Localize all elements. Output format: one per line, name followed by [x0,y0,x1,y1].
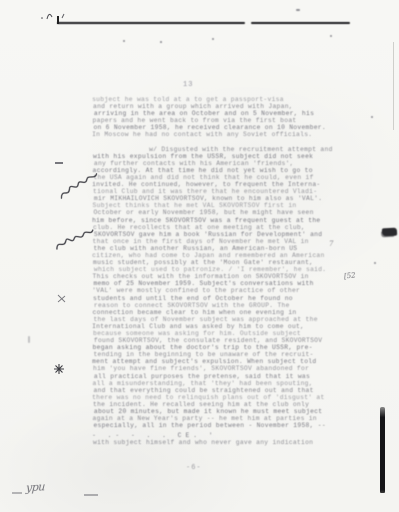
text-line: ment attempt and subject's expulsion. Wh… [92,358,368,365]
text-line: him before, since SKOVORTSOV was a frequ… [92,217,368,224]
text-line: reason to connect SKOVORTSOV with the GR… [94,302,370,309]
text-line: the USA again and did not think that he … [93,174,369,181]
text-line: him 'you have fine friends', SKOVORTSOV … [93,365,369,372]
text-line: with subject himself and who never gave … [93,439,369,446]
speck [28,336,30,343]
text-line: papers and he went back to from via the … [93,117,369,124]
text-line: any further contacts with his American '… [94,160,370,167]
text-line: found SKOVORTSOV, the consulate resident… [94,337,370,344]
text-line: connection became clear to him when one … [93,309,369,316]
margin-x-mark [56,293,68,305]
page-footer-number: -6- [186,464,202,472]
text-line: the incident. He recalled seeing him at … [93,401,369,408]
text-line: subject he was told at a to get a passpo… [92,96,368,103]
text-line: accordingly. At that time he did not yet… [93,167,369,174]
text-line: SKOVORTSOV gave him a book 'Russian for … [94,231,370,238]
text-line: all a misunderstanding, that 'they' had … [93,380,369,387]
text-line: citizen, who had come to Japan and remem… [92,252,368,259]
text-line: invited. He continued, however, to frequ… [92,181,368,188]
text-line: which subject used to patronize. / 'I re… [94,266,370,273]
text-line: about 20 minutes, but made it known he m… [94,408,370,415]
speck [123,40,125,42]
speck [160,41,162,43]
text-line: music student, possibly at the 'Moon Gat… [93,259,369,266]
text-line: mir MIKHAILOVICH SKOVORTSOV, known to hi… [94,195,370,202]
text-line: began asking about the doctor's trip to … [93,344,369,351]
text-line: there was no need to relinquish plans ou… [92,394,368,401]
text-line: International Club and was asked by him … [92,323,368,330]
text-line: In Moscow he had no contact with any Sov… [92,131,368,138]
text-line: w/ Disgusted with the recruitment attemp… [92,146,368,153]
scanned-document-page: 13 subject he was told at a to get a pas… [0,0,399,512]
margin-asterisk-mark [53,363,65,375]
text-line: 'VAL' were mostly confined to the practi… [92,287,368,294]
margin-dash-mark [55,162,63,164]
text-line: October or early November 1958, but he m… [93,209,369,216]
text-line: especially, all in the period between - … [93,422,369,429]
text-line: tending in the beginning to be unaware o… [93,351,369,358]
paragraph: - .- - . . CE. 'with subject himself and… [93,432,369,446]
text-line: and return with a group which arrived wi… [93,103,369,110]
text-line: with his expulsion from the USSR, subjec… [93,153,369,160]
document-text: subject he was told at a to get a passpo… [93,96,369,454]
paragraph: subject he was told at a to get a passpo… [93,96,369,139]
scan-edge-line [393,42,394,130]
text-line: This checks out with the information on … [93,273,369,280]
text-line: - .- - . . CE. ' [92,432,368,439]
text-line: because someone was asking for him. Outs… [93,330,369,337]
text-line: memo of 25 November 1959. Subject's conv… [93,280,369,287]
text-line: the last days of November subject was ap… [93,316,369,323]
bottom-left-dash [12,492,22,494]
text-line: tional Club and it was there that he enc… [93,188,369,195]
bottom-center-dash [84,494,98,496]
text-line: that once in the first days of November … [93,238,369,245]
text-line: arriving in the area on October and on 5… [94,110,370,117]
ink-blot [382,228,397,237]
scan-artifact-bar [380,407,385,493]
paragraph: w/ Disgusted with the recruitment attemp… [93,146,369,430]
speck [374,262,376,264]
speck [371,116,373,118]
speck [296,9,300,11]
text-line: club. He recollects that at one meeting … [93,224,369,231]
margin-numeral: 7 [329,240,333,248]
drawn-line-right [251,22,350,24]
text-line: and that everything could be straightene… [93,387,369,394]
text-line: all practical purposes the pretense, sai… [94,373,370,380]
handwritten-initials: ypu [26,480,46,494]
text-line: Subject thinks that he met VAL SKOVORTSO… [93,202,369,209]
handwritten-insert-note: [52 [344,271,356,280]
drawn-line-left [57,22,245,24]
pen-scribble-top-left [40,8,66,22]
text-line: again at a New Year's party -- he met hi… [93,415,369,422]
text-line: students and until the end of October he… [93,295,369,302]
speck [212,38,214,40]
text-line: on 6 November 1958, he received clearanc… [93,124,369,131]
page-number: 13 [183,81,193,89]
speck [330,35,332,37]
